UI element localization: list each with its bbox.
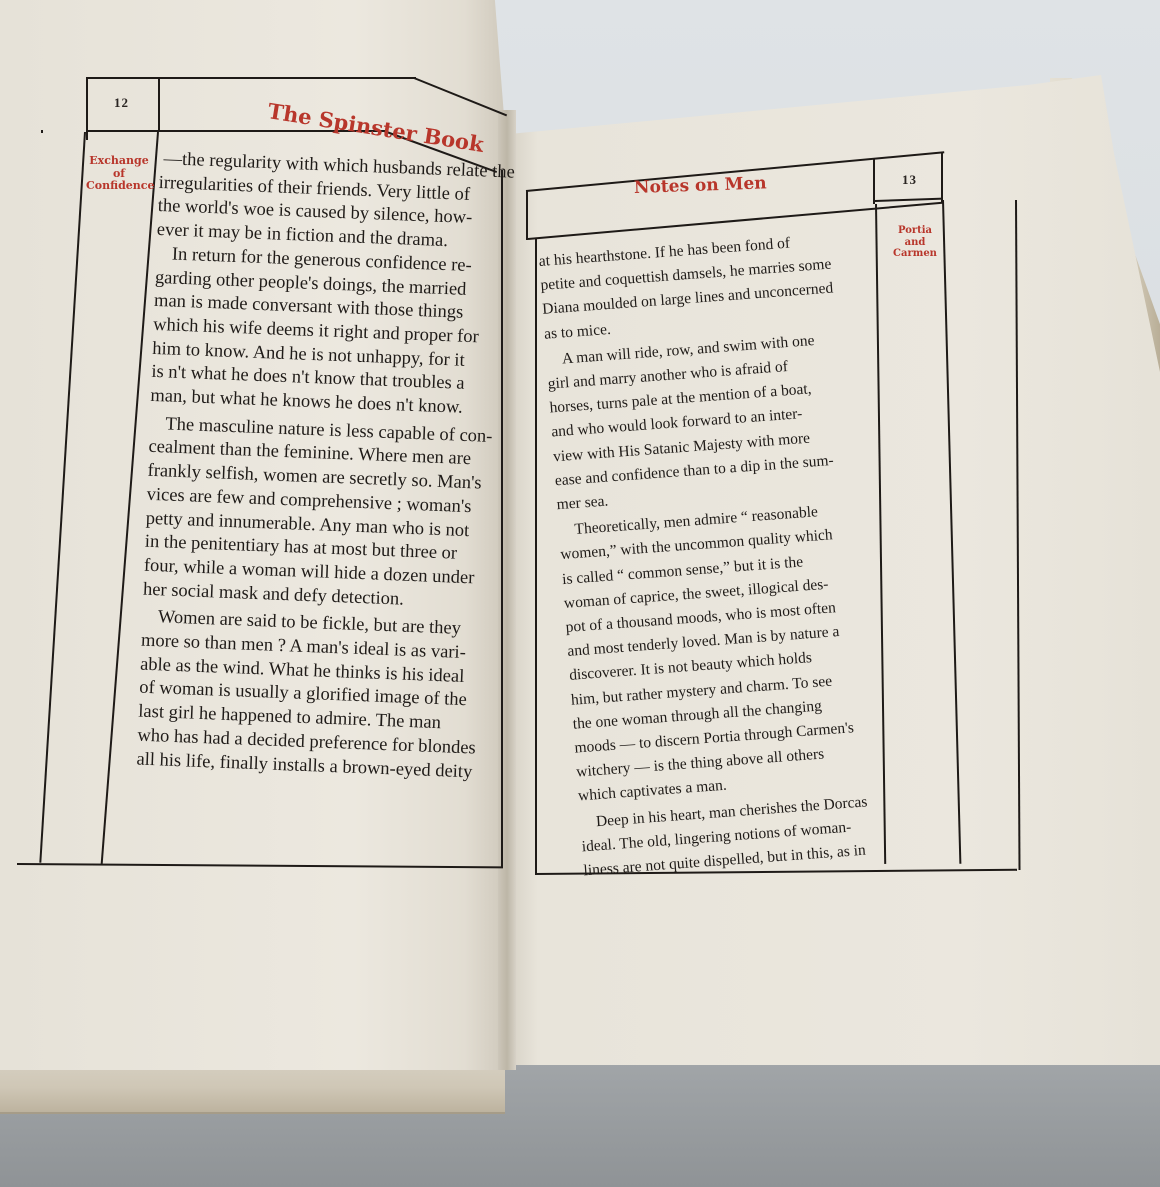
right-page-number: 13	[902, 172, 917, 188]
right-margin-note: Portia and Carmen	[880, 225, 950, 260]
margin-note-line: Carmen	[880, 248, 950, 260]
margin-note-line: Confidence	[86, 180, 152, 193]
margin-note-line: Exchange	[86, 155, 152, 168]
left-margin-note: Exchange of Confidence	[86, 155, 152, 193]
margin-note-line: Portia	[880, 225, 950, 237]
right-page-body: at his hearthstone. If he has been fond …	[538, 225, 924, 883]
left-page-number: 12	[114, 95, 129, 111]
margin-note-line: and	[880, 237, 950, 249]
left-page-body: —the regularity with which husbands rela…	[136, 148, 505, 785]
